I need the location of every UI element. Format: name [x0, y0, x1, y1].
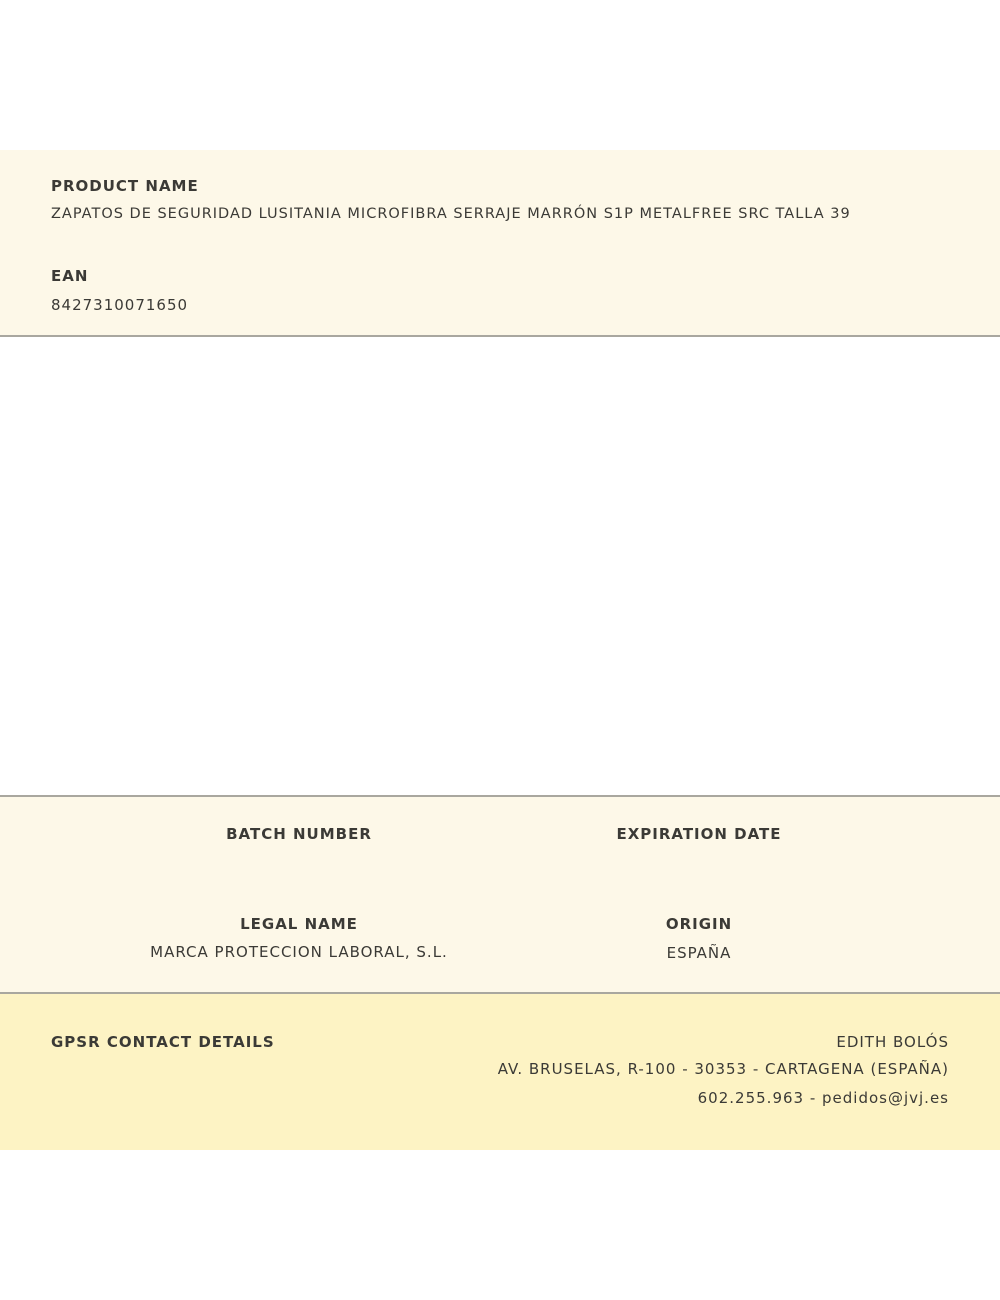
origin-label: ORIGIN: [666, 915, 732, 933]
gpsr-contact-name: EDITH BOLÓS: [836, 1033, 949, 1051]
ean-label: EAN: [51, 267, 88, 285]
legal-name-value: MARCA PROTECCION LABORAL, S.L.: [150, 943, 448, 961]
product-section: PRODUCT NAME ZAPATOS DE SEGURIDAD LUSITA…: [0, 150, 1000, 337]
product-name-value: ZAPATOS DE SEGURIDAD LUSITANIA MICROFIBR…: [51, 206, 851, 222]
origin-value: ESPAÑA: [667, 944, 732, 962]
gpsr-contact-label: GPSR CONTACT DETAILS: [51, 1033, 275, 1051]
product-name-label: PRODUCT NAME: [51, 177, 199, 195]
ean-value: 8427310071650: [51, 296, 188, 314]
legal-name-label: LEGAL NAME: [240, 915, 358, 933]
gpsr-section: GPSR CONTACT DETAILS EDITH BOLÓS AV. BRU…: [0, 994, 1000, 1150]
details-section: BATCH NUMBER EXPIRATION DATE LEGAL NAME …: [0, 795, 1000, 994]
gpsr-phone-email: 602.255.963 - pedidos@jvj.es: [698, 1089, 949, 1107]
expiration-date-label: EXPIRATION DATE: [616, 825, 781, 843]
gpsr-address: AV. BRUSELAS, R-100 - 30353 - CARTAGENA …: [498, 1060, 949, 1078]
batch-number-label: BATCH NUMBER: [226, 825, 372, 843]
